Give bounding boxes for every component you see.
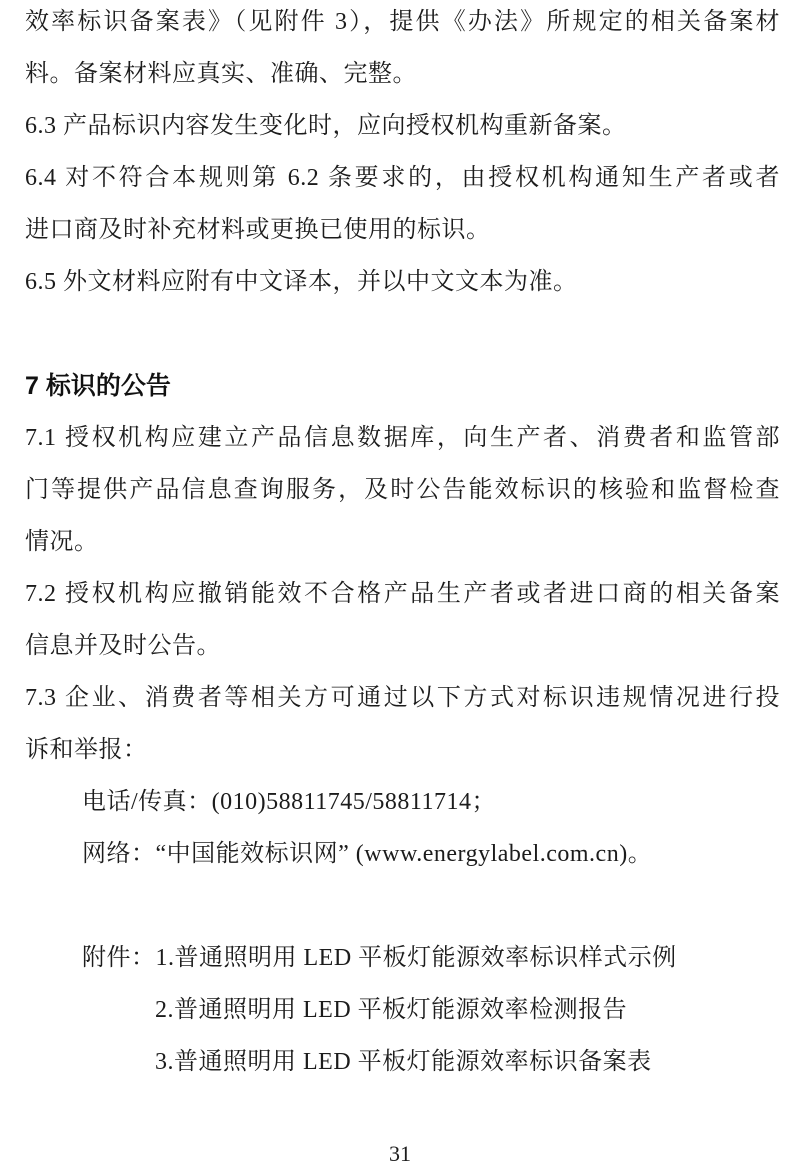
text-line: 门等提供产品信息查询服务，及时公告能效标识的核验和监督检查 (25, 464, 780, 516)
text-line: 诉和举报： (25, 724, 780, 776)
attachment-item-1: 附件：1.普通照明用 LED 平板灯能源效率标识样式示例 (25, 932, 780, 984)
text-line: 6.5 外文材料应附有中文译本，并以中文文本为准。 (25, 256, 780, 308)
text-line: 7.3 企业、消费者等相关方可通过以下方式对标识违规情况进行投 (25, 672, 780, 724)
text-line: 6.3 产品标识内容发生变化时，应向授权机构重新备案。 (25, 100, 780, 152)
contact-web-line: 网络：“中国能效标识网” (www.energylabel.com.cn)。 (25, 828, 780, 880)
text-line: 信息并及时公告。 (25, 620, 780, 672)
clause-6-5: 6.5 外文材料应附有中文译本，并以中文文本为准。 (25, 256, 780, 308)
text-line: 7.2 授权机构应撤销能效不合格产品生产者或者进口商的相关备案 (25, 568, 780, 620)
text-line: 料。备案材料应真实、准确、完整。 (25, 48, 780, 100)
paragraph-6-2-continuation: 效率标识备案表》（见附件 3），提供《办法》所规定的相关备案材 料。备案材料应真… (25, 0, 780, 100)
attachment-item-2: 2.普通照明用 LED 平板灯能源效率检测报告 (25, 984, 780, 1036)
clause-7-3: 7.3 企业、消费者等相关方可通过以下方式对标识违规情况进行投 诉和举报： (25, 672, 780, 776)
text-line: 进口商及时补充材料或更换已使用的标识。 (25, 204, 780, 256)
text-line: 6.4 对不符合本规则第 6.2 条要求的，由授权机构通知生产者或者 (25, 152, 780, 204)
text-line: 效率标识备案表》（见附件 3），提供《办法》所规定的相关备案材 (25, 0, 780, 48)
blank-line (25, 880, 780, 932)
blank-line (25, 308, 780, 360)
page-number: 31 (0, 1140, 800, 1168)
clause-7-2: 7.2 授权机构应撤销能效不合格产品生产者或者进口商的相关备案 信息并及时公告。 (25, 568, 780, 672)
contact-phone-line: 电话/传真：(010)58811745/58811714； (25, 776, 780, 828)
clause-6-3: 6.3 产品标识内容发生变化时，应向授权机构重新备案。 (25, 100, 780, 152)
attachment-item-3: 3.普通照明用 LED 平板灯能源效率标识备案表 (25, 1036, 780, 1088)
text-line: 情况。 (25, 516, 780, 568)
clause-7-1: 7.1 授权机构应建立产品信息数据库，向生产者、消费者和监管部 门等提供产品信息… (25, 412, 780, 568)
attachments-list: 附件：1.普通照明用 LED 平板灯能源效率标识样式示例 2.普通照明用 LED… (25, 932, 780, 1088)
section-7-heading: 7 标识的公告 (25, 360, 780, 412)
document-body: 效率标识备案表》（见附件 3），提供《办法》所规定的相关备案材 料。备案材料应真… (25, 0, 780, 1088)
contact-info: 电话/传真：(010)58811745/58811714； 网络：“中国能效标识… (25, 776, 780, 880)
text-line: 7.1 授权机构应建立产品信息数据库，向生产者、消费者和监管部 (25, 412, 780, 464)
clause-6-4: 6.4 对不符合本规则第 6.2 条要求的，由授权机构通知生产者或者 进口商及时… (25, 152, 780, 256)
